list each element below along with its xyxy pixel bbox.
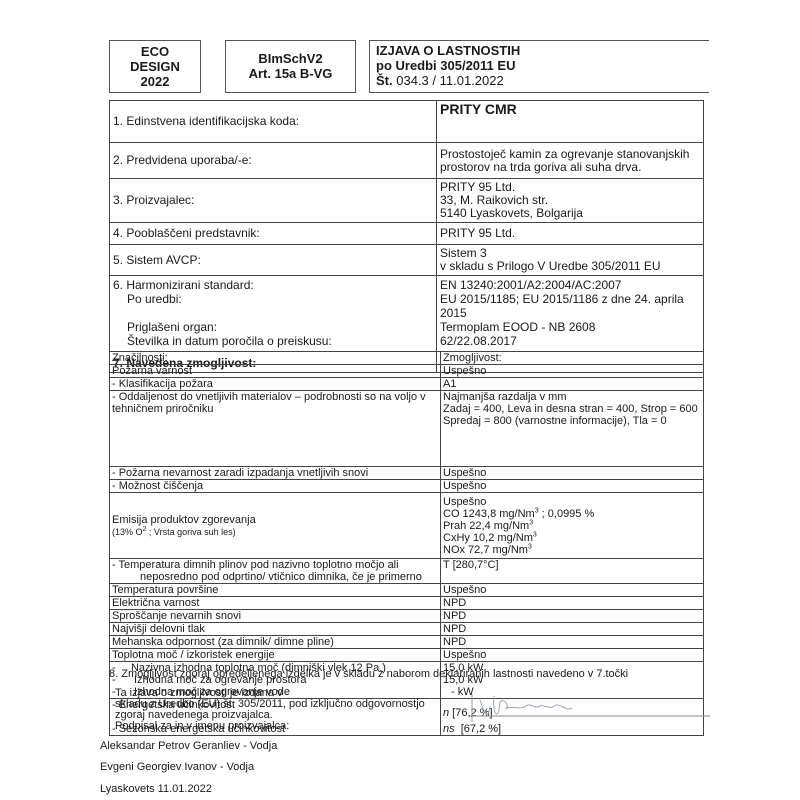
bimschv-box: BImSchV2 Art. 15a B-VG	[225, 40, 356, 93]
row-label: Priglašeni organ:	[113, 320, 433, 334]
text-line: Podpisal za in v imenu proizvajalca:	[115, 721, 425, 732]
table-row: Emisija produktov zgorevanja (13% O2 ; V…	[110, 493, 704, 559]
superscript: 3	[528, 543, 532, 550]
representative: PRITY 95 Ltd.	[437, 223, 704, 245]
row-label: 4. Pooblaščeni predstavnik:	[110, 223, 437, 245]
row-label: Emisija produktov zgorevanja (13% O2 ; V…	[110, 493, 441, 559]
table-row: 5. Sistem AVCP: Sistem 3v skladu s Prilo…	[110, 245, 704, 276]
row-label: Po uredbi:	[113, 292, 433, 306]
row-label: Požarna varnost	[110, 365, 441, 378]
table-row: 3. Proizvajalec: PRITY 95 Ltd.33, M. Rai…	[110, 179, 704, 223]
table-row: Električna varnostNPD	[110, 597, 704, 610]
text-line: Termoplam EOOD - NB 2608	[440, 320, 700, 334]
row-label: - Temperatura dimnih plinov pod nazivno …	[110, 559, 441, 584]
number-label: Št.	[376, 73, 393, 88]
table-row: 1. Edinstvena identifikacijska koda: PRI…	[110, 101, 704, 143]
table-row: Sproščanje nevarnih snoviNPD	[110, 610, 704, 623]
eco-line: DESIGN	[110, 59, 200, 74]
superscript: 3	[533, 531, 537, 538]
text-part: Prah 22,4 mg/Nm	[443, 520, 529, 532]
table-row: Temperatura površineUspešno	[110, 584, 704, 597]
number-value: 034.3 / 11.01.2022	[396, 73, 503, 88]
table-row: - Klasifikacija požaraA1	[110, 378, 704, 391]
row-label: Sproščanje nevarnih snovi	[110, 610, 441, 623]
table-row: Požarna varnostUspešno	[110, 365, 704, 378]
row-label: 1. Edinstvena identifikacijska koda:	[110, 101, 437, 143]
text-part: NOx 72,7 mg/Nm	[443, 544, 528, 556]
document-subtitle: po Uredbi 305/2011 EU	[376, 58, 709, 73]
intended-use: Prostostoječ kamin za ogrevanje stanovan…	[437, 143, 704, 179]
point-8: 8. Zmogljivost zgoraj opredeljenega izde…	[109, 668, 628, 681]
text-part: CxHy 10,2 mg/Nm	[443, 532, 533, 544]
text-line: prostorov na trda goriva ali suha drva.	[440, 161, 700, 174]
row-label: - Možnost čiščenja	[110, 480, 441, 493]
table-row: Toplotna moč / izkoristek energijeUspešn…	[110, 649, 704, 662]
text-line: Prostostoječ kamin za ogrevanje stanovan…	[440, 148, 700, 161]
row-value: A1	[441, 378, 704, 391]
text-line: EU 2015/1185; EU 2015/1186 z dne 24. apr…	[440, 292, 700, 306]
signer-1: Aleksandar Petrov Geranliev - Vodja	[100, 740, 277, 752]
text-part: ; 0,0995 %	[539, 508, 595, 520]
row-label: - Požarna nevarnost zaradi izpadanja vne…	[110, 467, 441, 480]
row-label: Mehanska odpornost (za dimnik/ dimne pli…	[110, 636, 441, 649]
table-row: - Možnost čiščenjaUspešno	[110, 480, 704, 493]
text-line: - Temperatura dimnih plinov pod nazivno …	[112, 559, 438, 571]
text-part: (13% O	[112, 527, 143, 537]
row-value: Uspešno	[441, 467, 704, 480]
text-line: Prah 22,4 mg/Nm3	[443, 520, 701, 532]
text-part: CO 1243,8 mg/Nm	[443, 508, 535, 520]
col-header: Zmogljivost:	[441, 352, 704, 365]
row-label: Električna varnost	[110, 597, 441, 610]
product-code: PRITY CMR	[437, 101, 704, 143]
row-label: Številka in datum poročila o preiskusu:	[113, 334, 433, 348]
row-label: 5. Sistem AVCP:	[110, 245, 437, 276]
text-line: EN 13240:2001/A2:2004/AC:2007	[440, 278, 700, 292]
text-line: Uspešno	[443, 496, 701, 508]
text-line: NOx 72,7 mg/Nm3	[443, 544, 701, 556]
superscript: 3	[529, 519, 533, 526]
table-row: 4. Pooblaščeni predstavnik: PRITY 95 Ltd…	[110, 223, 704, 245]
text-line: Emisija produktov zgorevanja	[112, 514, 438, 526]
table-row: Najvišji delovni tlakNPD	[110, 623, 704, 636]
table-row: - Temperatura dimnih plinov pod nazivno …	[110, 559, 704, 584]
text-line: (13% O2 ; Vrsta goriva suh les)	[112, 526, 438, 538]
document-title: IZJAVA O LASTNOSTIH	[376, 43, 709, 58]
text-line: Najmanjša razdalja v mm	[443, 391, 701, 403]
eco-line: ECO	[110, 44, 200, 59]
text-line: 62/22.08.2017	[440, 334, 700, 348]
row-label: - Oddaljenost do vnetljivih materialov –…	[110, 391, 441, 467]
text-line: v skladu s Prilogo V Uredbe 305/2011 EU	[440, 260, 700, 273]
col-header: Značilnosti:	[110, 352, 441, 365]
row-label: 3. Proizvajalec:	[110, 179, 437, 223]
table-row: 2. Predvidena uporaba/-e: Prostostoječ k…	[110, 143, 704, 179]
table-row: Značilnosti:Zmogljivost:	[110, 352, 704, 365]
signer-2: Evgeni Georgiev Ivanov - Vodja	[100, 761, 254, 773]
row-value: Uspešno CO 1243,8 mg/Nm3 ; 0,0995 % Prah…	[441, 493, 704, 559]
signature	[470, 692, 710, 726]
eco-design-box: ECO DESIGN 2022	[109, 40, 201, 93]
document-number: Št. 034.3 / 11.01.2022	[376, 73, 709, 88]
blm-line: Art. 15a B-VG	[226, 66, 355, 81]
text-line: Spredaj = 800 (varnostne informacije), T…	[443, 415, 701, 427]
text-line: 5140 Lyaskovets, Bolgarija	[440, 207, 700, 220]
table-row: - Oddaljenost do vnetljivih materialov –…	[110, 391, 704, 467]
row-value: Najmanjša razdalja v mmZadaj = 400, Leva…	[441, 391, 704, 467]
text-line: 2015	[440, 306, 700, 320]
row-value: Uspešno	[441, 480, 704, 493]
place-date: Lyaskovets 11.01.2022	[100, 783, 212, 795]
row-label: Najvišji delovni tlak	[110, 623, 441, 636]
text-part: ; Vrsta goriva suh les)	[146, 527, 235, 537]
row-value: NPD	[441, 623, 704, 636]
manufacturer: PRITY 95 Ltd.33, M. Raikovich str.5140 L…	[437, 179, 704, 223]
avcp-system: Sistem 3v skladu s Prilogo V Uredbe 305/…	[437, 245, 704, 276]
row-label: 6. Harmonizirani standard:	[113, 278, 433, 292]
row-value: NPD	[441, 597, 704, 610]
row-value: Uspešno	[441, 649, 704, 662]
document-title-box: IZJAVA O LASTNOSTIH po Uredbi 305/2011 E…	[369, 40, 709, 93]
text-line: neposredno pod odprtino/ vtičnico dimnik…	[112, 571, 438, 583]
general-info-table: 1. Edinstvena identifikacijska koda: PRI…	[109, 100, 704, 373]
eco-line: 2022	[110, 74, 200, 89]
row-label: Toplotna moč / izkoristek energije	[110, 649, 441, 662]
row-label: 2. Predvidena uporaba/-e:	[110, 143, 437, 179]
statement: Ta izjava o zmogljivosti je izdana v skl…	[115, 688, 425, 732]
row-label: Temperatura površine	[110, 584, 441, 597]
table-row: - Požarna nevarnost zaradi izpadanja vne…	[110, 467, 704, 480]
row-value: T [280,7°C]	[441, 559, 704, 584]
row-value: NPD	[441, 636, 704, 649]
table-row: Mehanska odpornost (za dimnik/ dimne pli…	[110, 636, 704, 649]
row-value: Uspešno	[441, 584, 704, 597]
blm-line: BImSchV2	[226, 51, 355, 66]
text-line: CO 1243,8 mg/Nm3 ; 0,0995 %	[443, 508, 701, 520]
symbol: ns	[443, 723, 455, 735]
row-label: - Klasifikacija požara	[110, 378, 441, 391]
text-line: Zadaj = 400, Leva in desna stran = 400, …	[443, 403, 701, 415]
text-line: CxHy 10,2 mg/Nm3	[443, 532, 701, 544]
row-value: Uspešno	[441, 365, 704, 378]
row-value: NPD	[441, 610, 704, 623]
